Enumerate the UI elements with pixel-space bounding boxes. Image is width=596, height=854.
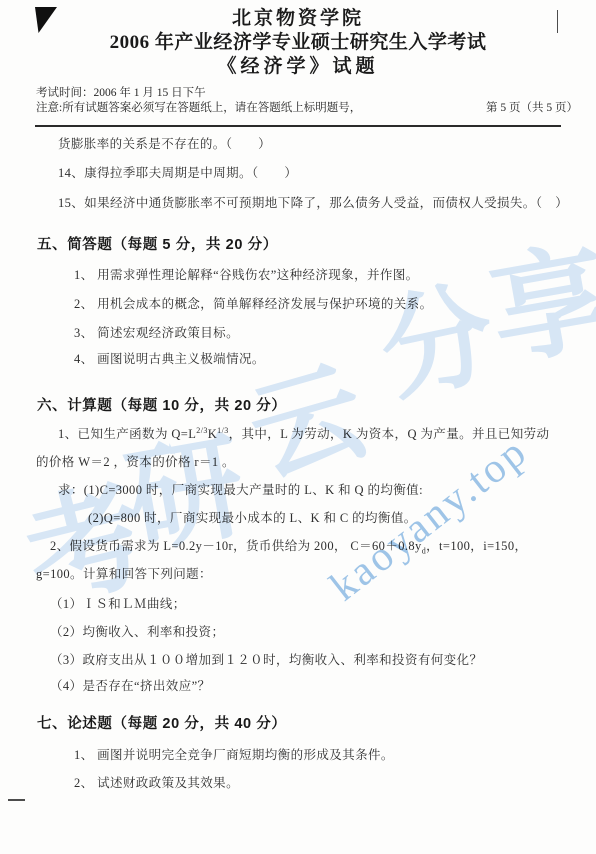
section6-q2-sub-2: （2）均衡收入、利率和投资； (50, 625, 596, 639)
q2-formula-post: ，t=100，i=150， (426, 539, 527, 553)
judgement-item-14: 14、康得拉季耶夫周期是中周期。（ ） (58, 166, 596, 180)
section6-q1-line4: (2)Q=800 时，厂商实现最小成本的 L、K 和 C 的均衡值。 (88, 511, 596, 525)
section-6-title: 六、计算题（每题 10 分，共 20 分） (37, 398, 596, 414)
section5-item-2: 2、 用机会成本的概念，简单解释经济发展与保护环境的关系。 (74, 297, 596, 311)
section5-item-1: 1、 用需求弹性理论解释“谷贱伤农”这种经济现象，并作图。 (74, 268, 596, 282)
section6-q2-sub-3: （3）政府支出从１００增加到１２０时，均衡收入、利率和投资有何变化？ (50, 653, 596, 667)
section6-q2-line2: g=100。计算和回答下列问题： (36, 567, 596, 581)
page-number: 第 5 页（共 5 页） (486, 101, 578, 116)
section7-item-2: 2、 试述财政政策及其效果。 (74, 776, 596, 790)
section6-q1-line1: 1、已知生产函数为 Q=L2/3K1/3，其中，L 为劳动，K 为资本，Q 为产… (58, 427, 596, 441)
q1-exponent-2: 1/3 (217, 426, 228, 435)
section7-item-1: 1、 画图并说明完全竞争厂商短期均衡的形成及其条件。 (74, 748, 596, 762)
section6-q2-line1: 2、假设货币需求为 L=0.2y－10r，货币供给为 200， C＝60＋0.8… (50, 539, 596, 553)
q1-exponent-1: 2/3 (196, 426, 207, 435)
section5-item-4: 4、 画图说明古典主义极端情况。 (74, 352, 596, 366)
paper-body: 货膨胀率的关系是不存在的。（ ） 14、康得拉季耶夫周期是中周期。（ ） 15、… (0, 137, 596, 790)
judgement-item-15: 15、如果经济中通货膨胀率不可预期地下降了，那么债务人受益，而债权人受损失。（ … (58, 196, 596, 210)
scan-artifact-line (557, 10, 558, 33)
exam-title: 2006 年产业经济学专业硕士研究生入学考试 (0, 31, 596, 54)
paper-title: 《经济学》试题 (0, 55, 596, 78)
q1-formula-mid: K (208, 427, 217, 441)
header-divider (35, 125, 561, 127)
q2-formula-pre: 2、假设货币需求为 L=0.2y－10r，货币供给为 200， C＝60＋0.8… (50, 539, 422, 553)
institution-title: 北京物资学院 (0, 7, 596, 30)
q1-formula-post: ，其中，L 为劳动，K 为资本，Q 为产量。并且已知劳动 (229, 427, 550, 441)
exam-meta: 考试时间：2006 年 1 月 15 日下午 注意:所有试题答案必须写在答题纸上… (36, 86, 578, 116)
section-7-title: 七、论述题（每题 20 分，共 40 分） (37, 716, 596, 732)
exam-paper-page: 考 研 云 分 享 kaoyany.top 北京物资学院 2006 年产业经济学… (0, 0, 596, 854)
section-5-title: 五、简答题（每题 5 分，共 20 分） (37, 237, 596, 253)
judgement-item-continued: 货膨胀率的关系是不存在的。（ ） (58, 137, 596, 151)
bottom-dash-mark (8, 799, 25, 801)
paper-header: 北京物资学院 2006 年产业经济学专业硕士研究生入学考试 《经济学》试题 (0, 0, 596, 78)
section5-item-3: 3、 简述宏观经济政策目标。 (74, 326, 596, 340)
section6-q2-sub-1: （1）ＩＳ和ＬＭ曲线； (50, 597, 596, 611)
section6-q1-line3: 求：(1)C=3000 时，厂商实现最大产量时的 L、K 和 Q 的均衡值: (58, 483, 596, 497)
section6-q2-sub-4: （4）是否存在“挤出效应”？ (50, 679, 596, 693)
exam-time: 考试时间：2006 年 1 月 15 日下午 (36, 86, 578, 101)
notice-text: 注意:所有试题答案必须写在答题纸上，请在答题纸上标明题号， (36, 101, 361, 116)
section6-q1-line2: 的价格 W＝2 ，资本的价格 r＝1 。 (36, 455, 596, 469)
q1-formula-pre: 1、已知生产函数为 Q=L (58, 427, 196, 441)
